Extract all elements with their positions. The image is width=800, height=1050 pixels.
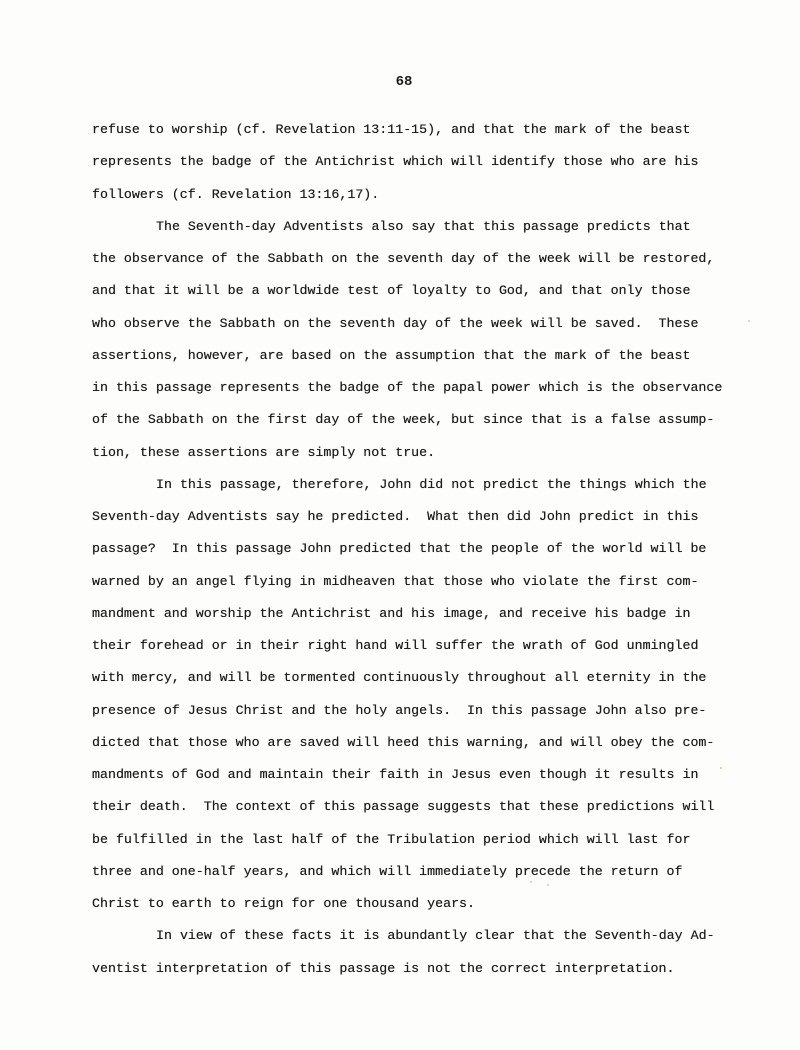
text-line: presence of Jesus Christ and the holy an… [92,695,752,727]
text-line: their death. The context of this passage… [92,791,752,823]
text-line: warned by an angel flying in midheaven t… [92,566,752,598]
text-line: the observance of the Sabbath on the sev… [92,243,752,275]
text-line: Christ to earth to reign for one thousan… [92,888,752,920]
text-line: three and one-half years, and which will… [92,856,752,888]
paper-speck [748,320,750,322]
text-line: with mercy, and will be tormented contin… [92,662,752,694]
document-page: 68 refuse to worship (cf. Revelation 13:… [0,0,800,1050]
text-line: and that it will be a worldwide test of … [92,275,752,307]
text-line: ventist interpretation of this passage i… [92,953,752,985]
paper-speck [720,767,722,769]
text-line: be fulfilled in the last half of the Tri… [92,824,752,856]
paragraph: In this passage, therefore, John did not… [92,469,752,921]
paper-speck [547,884,549,886]
body-text: refuse to worship (cf. Revelation 13:11-… [92,114,752,985]
text-line: who observe the Sabbath on the seventh d… [92,308,752,340]
text-line: dicted that those who are saved will hee… [92,727,752,759]
text-line: Seventh-day Adventists say he predicted.… [92,501,752,533]
text-line: tion, these assertions are simply not tr… [92,437,752,469]
text-line: represents the badge of the Antichrist w… [92,146,752,178]
text-line: of the Sabbath on the first day of the w… [92,404,752,436]
text-line: assertions, however, are based on the as… [92,340,752,372]
text-line: their forehead or in their right hand wi… [92,630,752,662]
paragraph: refuse to worship (cf. Revelation 13:11-… [92,114,752,211]
text-line: mandment and worship the Antichrist and … [92,598,752,630]
paragraph: In view of these facts it is abundantly … [92,920,752,985]
paper-speck [530,881,532,883]
text-line: followers (cf. Revelation 13:16,17). [92,179,752,211]
text-line: mandments of God and maintain their fait… [92,759,752,791]
text-line: passage? In this passage John predicted … [92,533,752,565]
page-number: 68 [0,74,800,90]
text-line: In view of these facts it is abundantly … [92,920,752,952]
paragraph: The Seventh-day Adventists also say that… [92,211,752,469]
text-line: in this passage represents the badge of … [92,372,752,404]
text-line: refuse to worship (cf. Revelation 13:11-… [92,114,752,146]
text-line: The Seventh-day Adventists also say that… [92,211,752,243]
text-line: In this passage, therefore, John did not… [92,469,752,501]
